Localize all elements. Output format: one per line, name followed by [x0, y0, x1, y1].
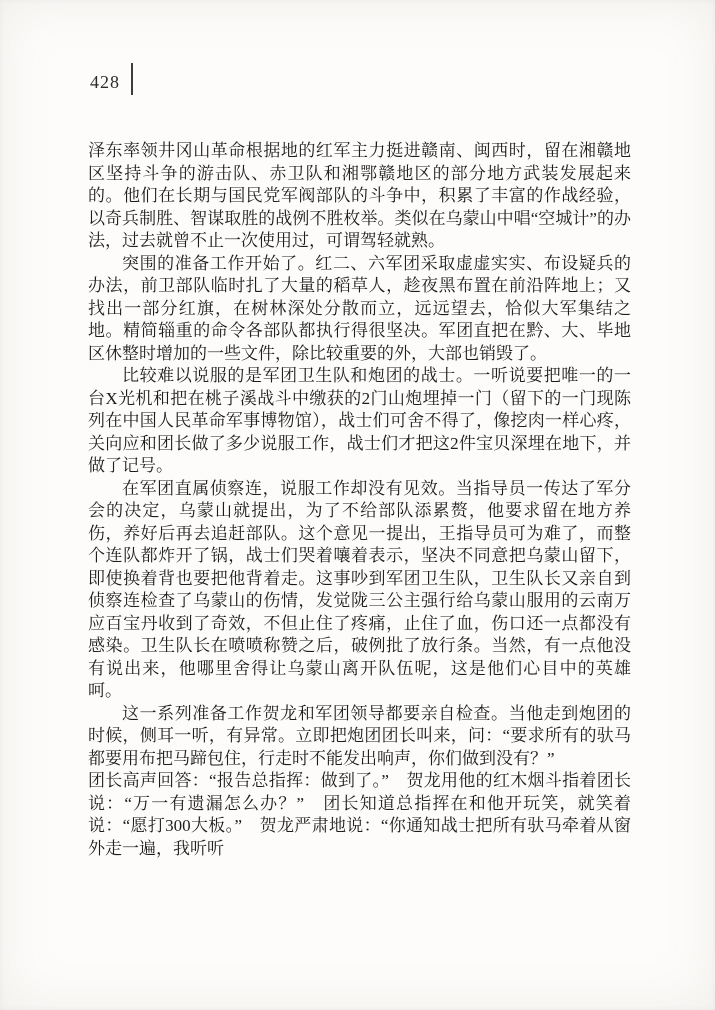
paragraph-dialogue-block: 团长高声回答：“报告总指挥：做到了。” 贺龙用他的红木烟斗指着团长说：“万一有遗…	[88, 770, 631, 860]
page-header: 428	[90, 62, 133, 96]
page-number: 428	[90, 67, 120, 91]
paragraph: 这一系列准备工作贺龙和军团领导都要亲自检查。当他走到炮团的时候，侧耳一听，有异常…	[88, 703, 631, 771]
body-text: 泽东率领井冈山革命根据地的红军主力挺进赣南、闽西时，留在湘赣地区坚持斗争的游击队…	[88, 140, 631, 860]
paragraph: 比较难以说服的是军团卫生队和炮团的战士。一听说要把唯一的一台X光机和把在桃子溪战…	[88, 365, 631, 478]
page-number-divider	[131, 63, 133, 95]
book-page: 428 泽东率领井冈山革命根据地的红军主力挺进赣南、闽西时，留在湘赣地区坚持斗争…	[0, 0, 715, 1010]
paragraph: 突围的准备工作开始了。红二、六军团采取虚虚实实、布设疑兵的办法，前卫部队临时扎了…	[88, 253, 631, 366]
paragraph: 泽东率领井冈山革命根据地的红军主力挺进赣南、闽西时，留在湘赣地区坚持斗争的游击队…	[88, 140, 631, 253]
paragraph: 在军团直属侦察连，说服工作却没有见效。当指导员一传达了军分会的决定，乌蒙山就提出…	[88, 478, 631, 703]
